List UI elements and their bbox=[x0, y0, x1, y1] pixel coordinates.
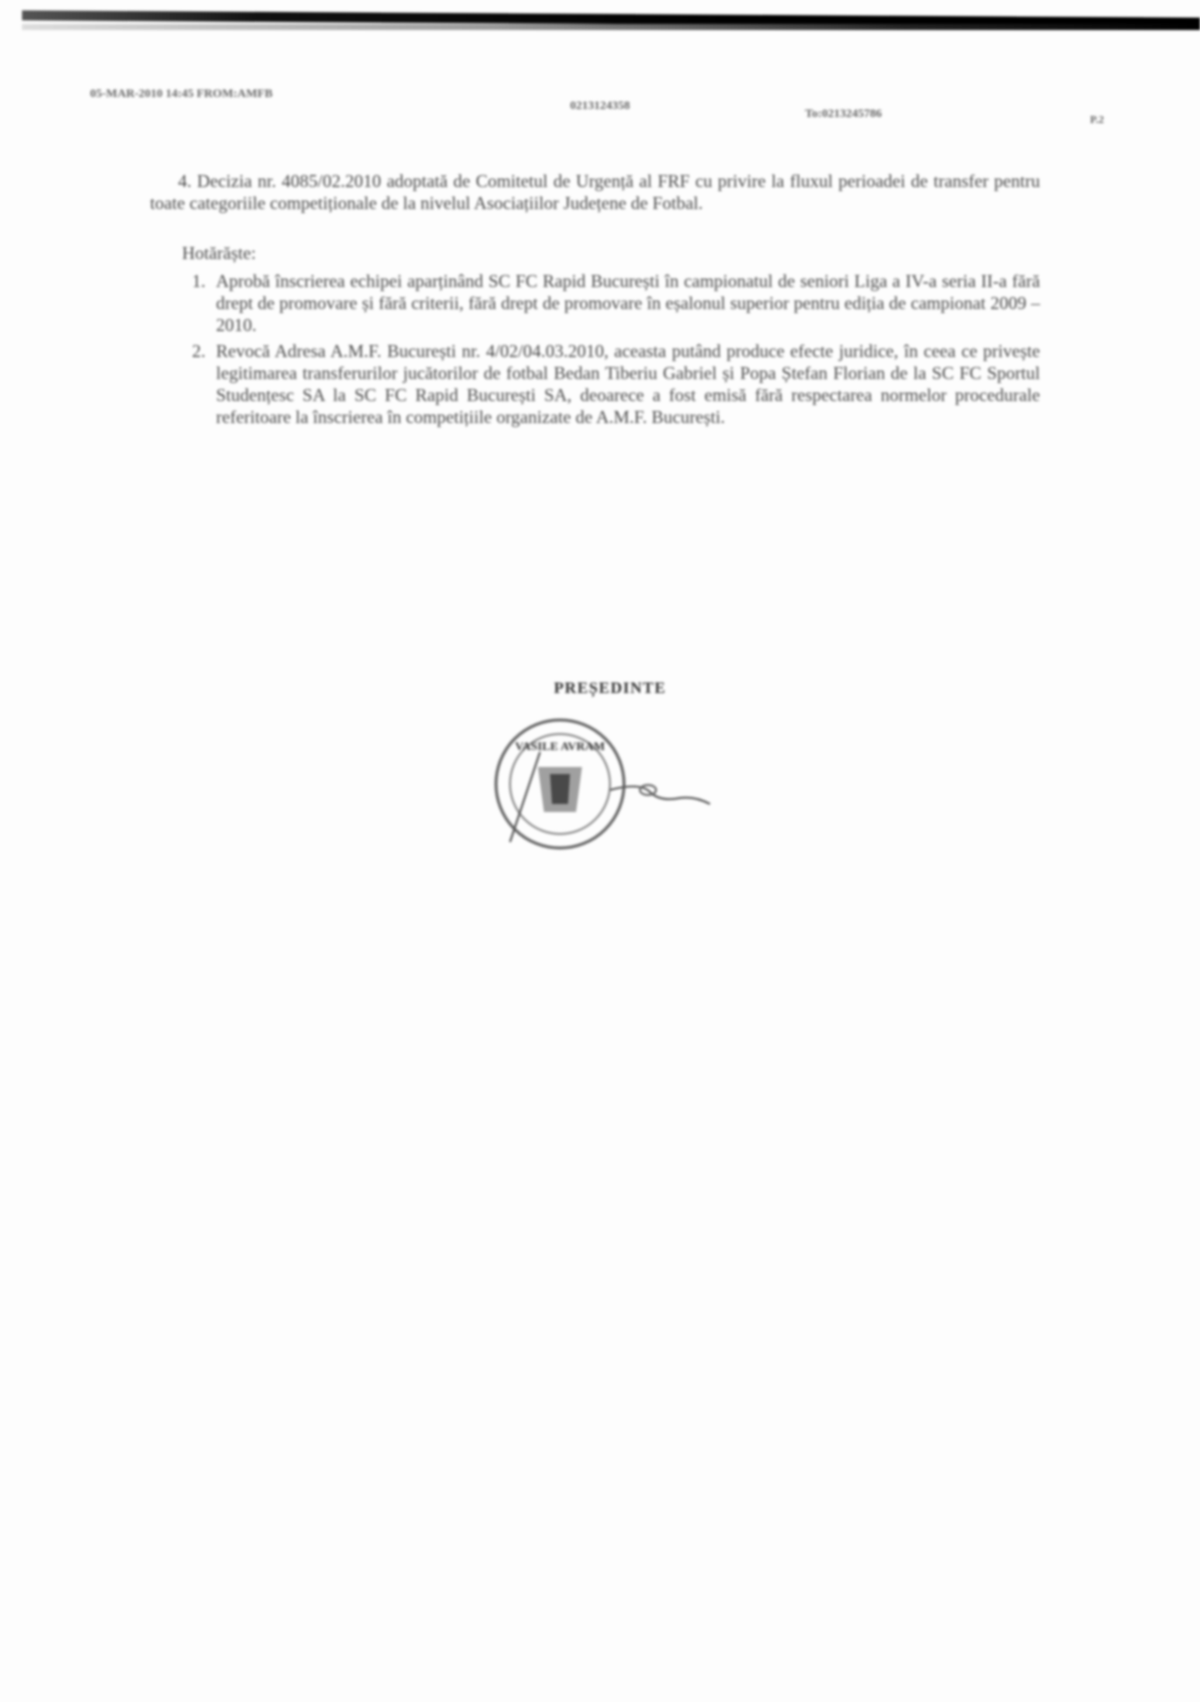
signatory-name: VASILE AVRAM bbox=[515, 739, 605, 753]
signatory-title: PREȘEDINTE bbox=[480, 680, 740, 698]
decision-item-2: Revocă Adresa A.M.F. București nr. 4/02/… bbox=[210, 340, 1040, 428]
signature-block: PREȘEDINTE VASILE AVRAM bbox=[480, 680, 740, 852]
scanned-document-page: 05-MAR-2010 14:45 FROM:AMFB 0213124358 T… bbox=[0, 0, 1200, 1702]
page-marker: P.2 bbox=[1090, 114, 1104, 126]
fax-sender: 0213124358 bbox=[570, 98, 630, 113]
decision-item-1: Aprobă înscrierea echipei aparținând SC … bbox=[210, 270, 1040, 336]
intro-paragraph: 4. Decizia nr. 4085/02.2010 adoptată de … bbox=[150, 170, 1040, 214]
fax-datetime: 05-MAR-2010 14:45 FROM:AMFB bbox=[90, 86, 273, 101]
scan-edge-shadow-lower bbox=[22, 24, 1200, 30]
document-body: 4. Decizia nr. 4085/02.2010 adoptată de … bbox=[150, 170, 1040, 432]
fax-recipient: To:0213245786 bbox=[805, 106, 882, 121]
decision-list: Aprobă înscrierea echipei aparținând SC … bbox=[150, 270, 1040, 428]
official-stamp-icon: VASILE AVRAM bbox=[530, 712, 690, 852]
decides-heading: Hotărăște: bbox=[182, 242, 1040, 264]
